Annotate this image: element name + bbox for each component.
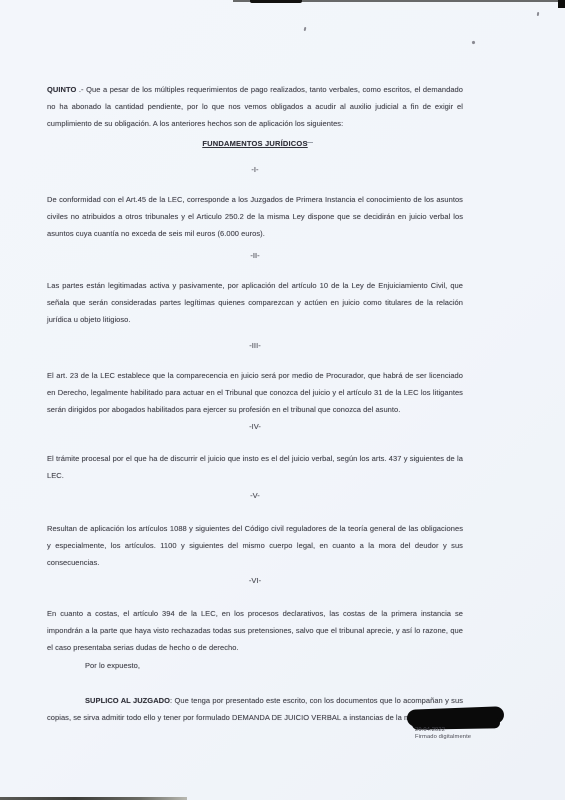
scan-speck bbox=[472, 41, 476, 45]
section-marker-4: -IV- bbox=[47, 418, 463, 435]
section-marker-5: -V- bbox=[47, 487, 463, 504]
paragraph-quinto-text: .- Que a pesar de los múltiples requerim… bbox=[47, 85, 463, 129]
page-title: FUNDAMENTOS JURÍDICOS bbox=[202, 139, 307, 148]
section-heading-wrap: FUNDAMENTOS JURÍDICOS bbox=[47, 135, 463, 152]
section-paragraph-5: Resultan de aplicación los artículos 108… bbox=[47, 520, 463, 572]
paragraph-quinto-lead: QUINTO bbox=[47, 85, 76, 94]
signature-date: 29.04.2022 bbox=[415, 727, 445, 734]
paragraph-quinto: QUINTO .- Que a pesar de los múltiples r… bbox=[47, 81, 463, 133]
section-marker-6: -VI- bbox=[47, 572, 463, 589]
signature-label: Firmado digitalmente bbox=[415, 734, 471, 741]
closing-line: Por lo expuesto, bbox=[47, 657, 501, 674]
scan-speck bbox=[537, 12, 540, 16]
section-paragraph-6: En cuanto a costas, el artículo 394 de l… bbox=[47, 605, 463, 657]
section-paragraph-2: Las partes están legitimadas activa y pa… bbox=[47, 277, 463, 329]
paragraph-suplico-lead: SUPLICO AL JUZGADO bbox=[85, 696, 170, 705]
scanned-document-page: QUINTO .- Que a pesar de los múltiples r… bbox=[0, 0, 565, 800]
section-marker-3: -III- bbox=[47, 337, 463, 354]
paragraph-suplico: SUPLICO AL JUZGADO: Que tenga por presen… bbox=[47, 692, 463, 727]
section-paragraph-4: El trámite procesal por el que ha de dis… bbox=[47, 450, 463, 485]
section-marker-1: -I- bbox=[47, 161, 463, 178]
section-paragraph-1: De conformidad con el Art.45 de la LEC, … bbox=[47, 191, 463, 243]
section-paragraph-3: El art. 23 de la LEC establece que la co… bbox=[47, 367, 463, 419]
scan-speck bbox=[304, 27, 307, 31]
scan-artifact-top-mark bbox=[250, 0, 302, 3]
scan-artifact-top-right-corner bbox=[558, 0, 565, 8]
section-marker-2: -II- bbox=[47, 247, 463, 264]
